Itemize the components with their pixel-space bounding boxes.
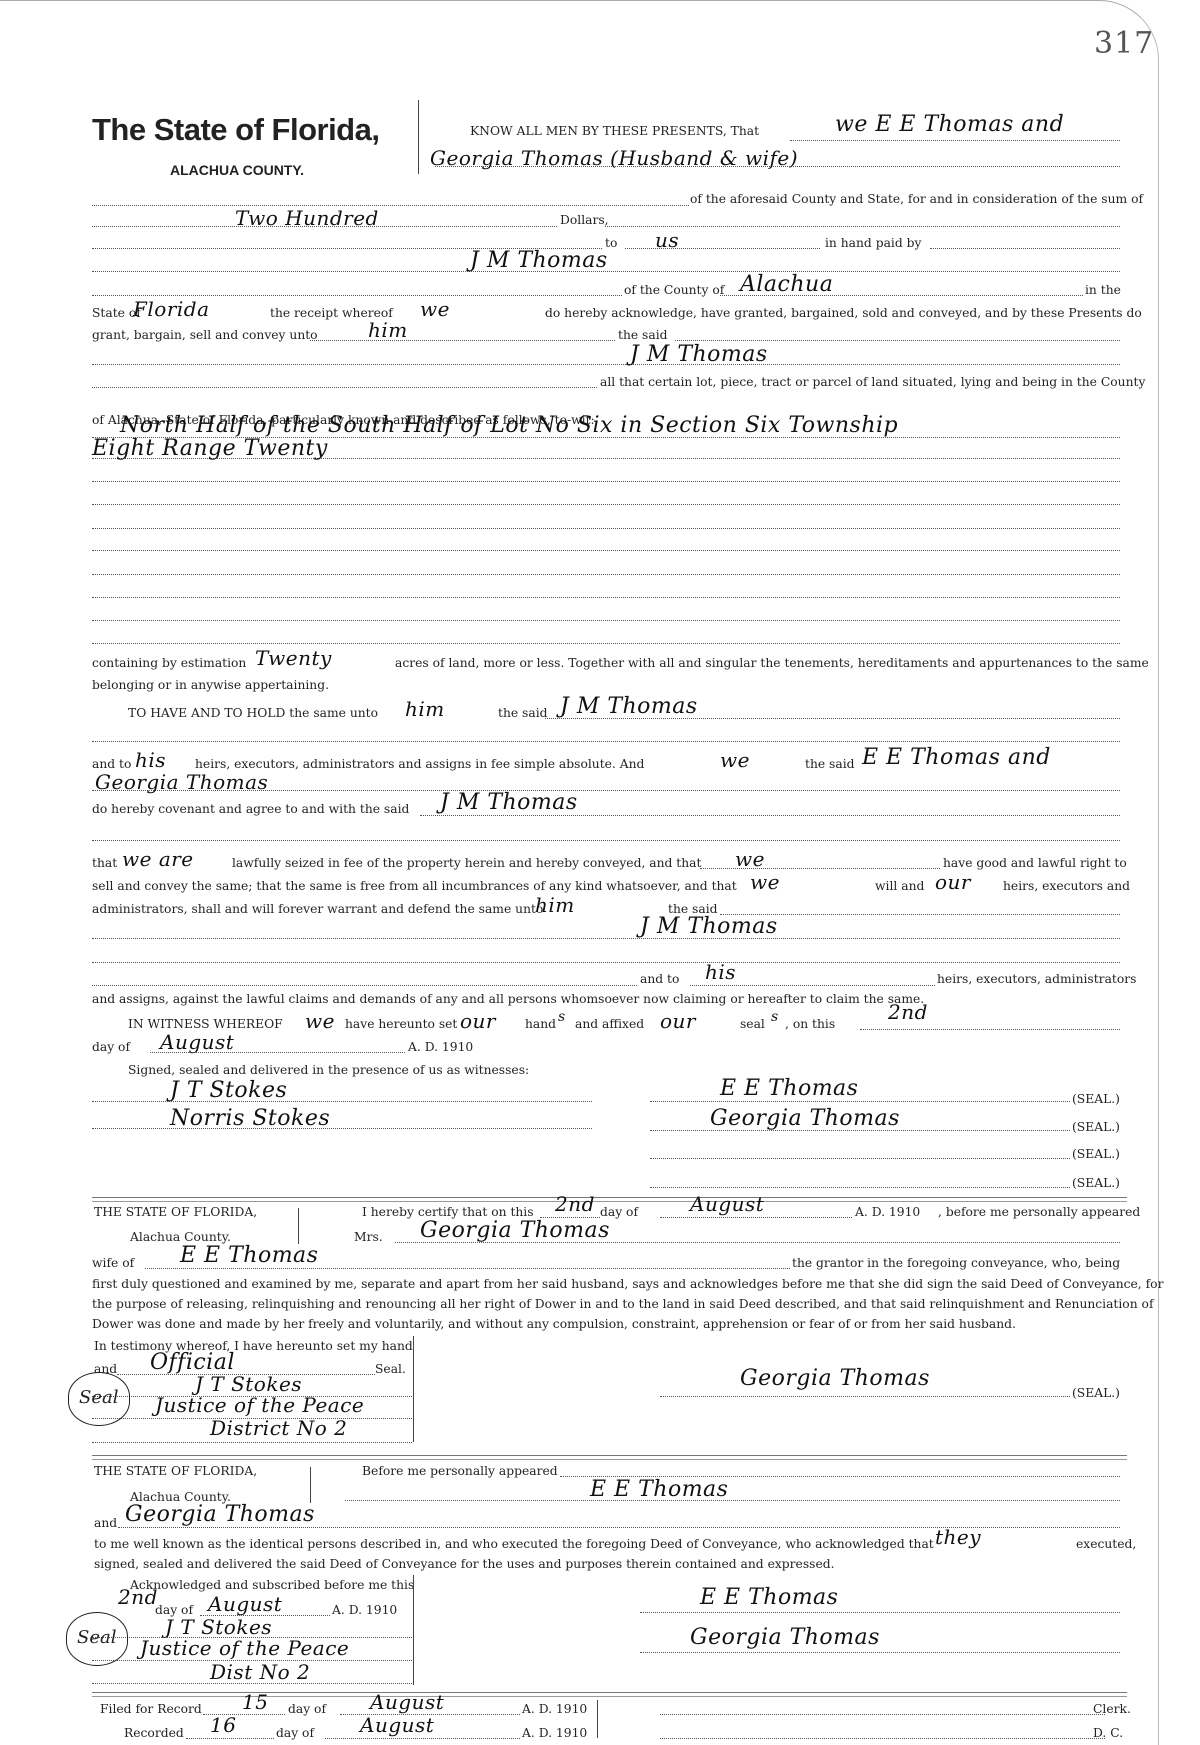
joint-and-label: and: [94, 1516, 117, 1530]
seal-suffix: (SEAL.): [1072, 1092, 1120, 1106]
section-divider: [92, 1455, 1127, 1460]
grantor-1-signature: E E Thomas: [720, 1076, 858, 1101]
that-handwritten: we are: [122, 847, 194, 871]
county-title: ALACHUA COUNTY.: [170, 162, 304, 178]
wife-signature: Georgia Thomas: [740, 1366, 930, 1391]
seal-word: Seal.: [375, 1362, 406, 1376]
dollars-label: Dollars,: [560, 213, 609, 227]
dotted-line: [930, 248, 1120, 249]
state-title: The State of Florida,: [92, 112, 379, 148]
they-handwritten: they: [935, 1525, 981, 1549]
certify-text: I hereby certify that on this: [362, 1205, 534, 1219]
mrs-label: Mrs.: [354, 1230, 383, 1244]
section-divider: [92, 1197, 1127, 1202]
dotted-line: [675, 340, 1120, 341]
dotted-line: [625, 248, 820, 249]
covenant-handwritten: J M Thomas: [440, 790, 578, 815]
covenant-text: do hereby covenant and agree to and with…: [92, 802, 409, 816]
wife-ack-brace: [298, 1208, 299, 1244]
sell-convey: sell and convey the same; that the same …: [92, 879, 737, 893]
clerk-line: [660, 1714, 1105, 1715]
description-handwritten-1: North Half of the South Half of Lot No S…: [120, 413, 898, 438]
joint-day-handwritten: 2nd: [118, 1585, 158, 1609]
of-county-of: of the County of: [624, 283, 724, 297]
dotted-line: [92, 643, 1120, 644]
dotted-line: [92, 295, 622, 296]
know-all-men: KNOW ALL MEN BY THESE PRESENTS, That: [470, 124, 759, 138]
dotted-line: [700, 868, 940, 869]
signed-sealed: Signed, sealed and delivered in the pres…: [128, 1063, 529, 1077]
day-of-label: day of: [92, 1040, 130, 1054]
dotted-line: [150, 1052, 405, 1053]
signature-line: [650, 1187, 1070, 1188]
dotted-line: [860, 1029, 1120, 1030]
and-to-handwritten: his: [135, 748, 166, 772]
and-handwritten: we: [720, 748, 750, 772]
administrators-warrant: administrators, shall and will forever w…: [92, 902, 543, 916]
page-number: 317: [1094, 26, 1154, 61]
officer-title-handwritten: Justice of the Peace: [155, 1393, 364, 1417]
filed-month-handwritten: August: [370, 1690, 444, 1714]
hand-handwritten: s: [558, 1009, 566, 1025]
covenantor-handwritten-1: E E Thomas and: [862, 745, 1051, 770]
dotted-line: [145, 1268, 790, 1269]
lawfully-seized: lawfully seized in fee of the property h…: [232, 856, 701, 870]
joint-officer-title-handwritten: Justice of the Peace: [140, 1636, 349, 1660]
filed-day-of: day of: [288, 1702, 326, 1716]
and-assigns: and assigns, against the lawful claims a…: [92, 992, 924, 1006]
dotted-line: [92, 840, 1120, 841]
dotted-line: [92, 387, 597, 388]
belonging-text: belonging or in anywise appertaining.: [92, 678, 329, 692]
and-to-2-handwritten: his: [705, 960, 736, 984]
recorded-ad: A. D. 1910: [522, 1726, 587, 1740]
husband-handwritten: E E Thomas: [180, 1243, 318, 1268]
witness-handwritten: we: [305, 1009, 335, 1033]
dotted-line: [92, 741, 1120, 742]
acres-text: acres of land, more or less. Together wi…: [395, 656, 1149, 670]
dotted-line: [92, 528, 1120, 529]
habendum-unto-handwritten: him: [405, 697, 445, 721]
acknowledged-brace: [413, 1575, 414, 1685]
dotted-line: [92, 481, 1120, 482]
payer-handwritten: J M Thomas: [470, 248, 608, 273]
seal-stamp: Seal: [68, 1372, 130, 1426]
wife-ack-body-1: first duly questioned and examined by me…: [92, 1277, 1163, 1291]
grantor-2-signature: Georgia Thomas: [710, 1106, 900, 1131]
signature-line: [640, 1652, 1120, 1653]
dotted-line: [720, 295, 1083, 296]
in-the: in the: [1085, 283, 1121, 297]
joint-ack-state: THE STATE OF FLORIDA,: [94, 1464, 257, 1478]
signature-line: [640, 1612, 1120, 1613]
signature-line: [650, 1101, 1070, 1102]
seal-suffix: (SEAL.): [1072, 1386, 1120, 1400]
appeared-handwritten: E E Thomas: [590, 1477, 728, 1502]
dotted-line: [690, 985, 935, 986]
dotted-line: [92, 620, 1120, 621]
dotted-line: [92, 1442, 412, 1443]
seal-handwritten: s: [771, 1009, 779, 1025]
record-brace: [597, 1700, 598, 1738]
before-me: , before me personally appeared: [938, 1205, 1140, 1219]
warrant-handwritten: him: [535, 893, 575, 917]
habendum-said: the said: [498, 706, 548, 720]
testimony-text: In testimony whereof, I have hereunto se…: [94, 1339, 413, 1353]
district-handwritten: District No 2: [210, 1416, 347, 1440]
county-handwritten: Alachua: [740, 272, 833, 297]
recorded-month-handwritten: August: [360, 1713, 434, 1737]
habendum-grantee-handwritten: J M Thomas: [560, 694, 698, 719]
filed-day-handwritten: 15: [242, 1690, 268, 1714]
dotted-line: [92, 962, 1120, 963]
and-to-label: and to: [92, 757, 131, 771]
that-label: that: [92, 856, 117, 870]
the-said-2: the said: [805, 757, 855, 771]
aforesaid-text: of the aforesaid County and State, for a…: [690, 192, 1143, 206]
set-handwritten: our: [460, 1009, 496, 1033]
wife-ack-body-3: Dower was done and made by her freely an…: [92, 1317, 1016, 1331]
seal-suffix: (SEAL.): [1072, 1120, 1120, 1134]
on-this: , on this: [785, 1017, 835, 1031]
witness-1-signature: J T Stokes: [170, 1078, 287, 1103]
sell-handwritten: we: [750, 870, 780, 894]
and-to-2-label: and to: [640, 972, 679, 986]
unto-handwritten: him: [368, 318, 408, 342]
wife-ack-body-2: the purpose of releasing, relinquishing …: [92, 1297, 1154, 1311]
recorded-day-of: day of: [276, 1726, 314, 1740]
joint-ad-year: A. D. 1910: [332, 1603, 397, 1617]
heirs-exec-admin: heirs, executors, administrators: [937, 972, 1136, 986]
recorded-label: Recorded: [124, 1726, 184, 1740]
seal-stamp-text: Seal: [77, 1627, 116, 1648]
mrs-handwritten: Georgia Thomas: [420, 1218, 610, 1243]
dotted-line: [92, 205, 689, 206]
joint-month-handwritten: August: [208, 1592, 282, 1616]
seal-stamp-text: Seal: [79, 1387, 118, 1408]
seal-suffix: (SEAL.): [1072, 1176, 1120, 1190]
filed-for-record: Filed for Record: [100, 1702, 202, 1716]
witness-2-signature: Norris Stokes: [170, 1106, 330, 1131]
heirs-exec-and: heirs, executors and: [1003, 879, 1130, 893]
dotted-line: [92, 597, 1120, 598]
filed-ad: A. D. 1910: [522, 1702, 587, 1716]
dotted-line: [92, 938, 1120, 939]
state-handwritten: Florida: [133, 297, 210, 321]
dotted-line: [395, 1242, 1120, 1243]
heirs-fee-simple: heirs, executors, administrators and ass…: [195, 757, 644, 771]
acknowledge-text: do hereby acknowledge, have granted, bar…: [545, 306, 1142, 320]
good-right: have good and lawful right to: [943, 856, 1127, 870]
acknowledged-subscribed: Acknowledged and subscribed before me th…: [130, 1578, 414, 1592]
joint-ack-brace: [310, 1467, 311, 1503]
ad-year: A. D. 1910: [408, 1040, 473, 1054]
dotted-line: [790, 140, 1120, 141]
grantee-handwritten: J M Thomas: [630, 342, 768, 367]
receipt-handwritten: we: [420, 297, 450, 321]
grantor-text: the grantor in the foregoing conveyance,…: [792, 1256, 1120, 1270]
the-said: the said: [618, 328, 668, 342]
sum-handwritten: Two Hundred: [235, 206, 379, 230]
dotted-line: [92, 1683, 412, 1684]
have-hereunto-set: have hereunto set: [345, 1017, 457, 1031]
wife-ack-ad-year: A. D. 1910: [855, 1205, 920, 1219]
habendum-text: TO HAVE AND TO HOLD the same unto: [128, 706, 378, 720]
hand-label: hand: [525, 1017, 556, 1031]
dotted-line: [345, 1500, 1120, 1501]
description-handwritten-2: Eight Range Twenty: [92, 436, 328, 461]
covenantor-handwritten-2: Georgia Thomas: [95, 770, 268, 794]
acres-handwritten: Twenty: [255, 646, 332, 670]
seal-suffix: (SEAL.): [1072, 1147, 1120, 1161]
dotted-line: [720, 914, 1120, 915]
wife-ack-month-handwritten: August: [690, 1192, 764, 1216]
clerk-label: Clerk.: [1093, 1702, 1131, 1716]
will-and: will and: [875, 879, 924, 893]
day-handwritten: 2nd: [888, 1000, 928, 1024]
dotted-line: [92, 550, 1120, 551]
dotted-line: [92, 364, 1120, 365]
and-handwritten: Georgia Thomas: [125, 1502, 315, 1527]
seal-label: seal: [740, 1017, 765, 1031]
dotted-line: [92, 574, 1120, 575]
header-brace: [418, 100, 419, 174]
wife-ack-state: THE STATE OF FLORIDA,: [94, 1205, 257, 1219]
dc-line: [660, 1738, 1105, 1739]
wife-of-label: wife of: [92, 1256, 134, 1270]
executed-label: executed,: [1076, 1537, 1136, 1551]
dotted-line: [605, 226, 1120, 227]
warrant-grantee-handwritten: J M Thomas: [640, 914, 778, 939]
signature-line: [660, 1396, 1070, 1397]
grantors-handwritten-1: we E E Thomas and: [835, 112, 1064, 137]
witness-line: [92, 1101, 592, 1102]
deed-page: 317 The State of Florida, ALACHUA COUNTY…: [0, 0, 1200, 1745]
in-witness: IN WITNESS WHEREOF: [128, 1017, 283, 1031]
affixed-handwritten: our: [660, 1009, 696, 1033]
dc-label: D. C.: [1093, 1726, 1123, 1740]
dotted-line: [186, 1738, 274, 1739]
dotted-line: [92, 504, 1120, 505]
before-me-appeared: Before me personally appeared: [362, 1464, 558, 1478]
wife-ack-county: Alachua County.: [130, 1230, 231, 1244]
recorded-day-handwritten: 16: [210, 1713, 236, 1737]
dotted-line: [92, 985, 637, 986]
witness-line: [92, 1128, 592, 1129]
all-that-certain: all that certain lot, piece, tract or pa…: [600, 375, 1145, 389]
wife-ack-day-of: day of: [600, 1205, 638, 1219]
dotted-line: [325, 1738, 520, 1739]
containing-label: containing by estimation: [92, 656, 246, 670]
seal-stamp: Seal: [66, 1612, 128, 1666]
testimony-brace: [413, 1336, 414, 1442]
joint-signature-2: Georgia Thomas: [690, 1625, 880, 1650]
wife-ack-day-handwritten: 2nd: [555, 1192, 595, 1216]
joint-district-handwritten: Dist No 2: [210, 1660, 310, 1684]
dotted-line: [545, 718, 1120, 719]
signature-line: [650, 1158, 1070, 1159]
joint-signed-sealed: signed, sealed and delivered the said De…: [94, 1557, 835, 1571]
will-and-handwritten: our: [935, 870, 971, 894]
month-handwritten: August: [160, 1030, 234, 1054]
grantors-handwritten-2: Georgia Thomas (Husband & wife): [430, 146, 798, 170]
in-hand-paid-by: in hand paid by: [825, 236, 921, 250]
dotted-line: [310, 340, 615, 341]
dotted-line: [420, 815, 1120, 816]
and-affixed: and affixed: [575, 1017, 644, 1031]
grant-bargain: grant, bargain, sell and convey unto: [92, 328, 318, 342]
dotted-line: [660, 1217, 852, 1218]
well-known-text: to me well known as the identical person…: [94, 1537, 934, 1551]
joint-signature-1: E E Thomas: [700, 1585, 838, 1610]
